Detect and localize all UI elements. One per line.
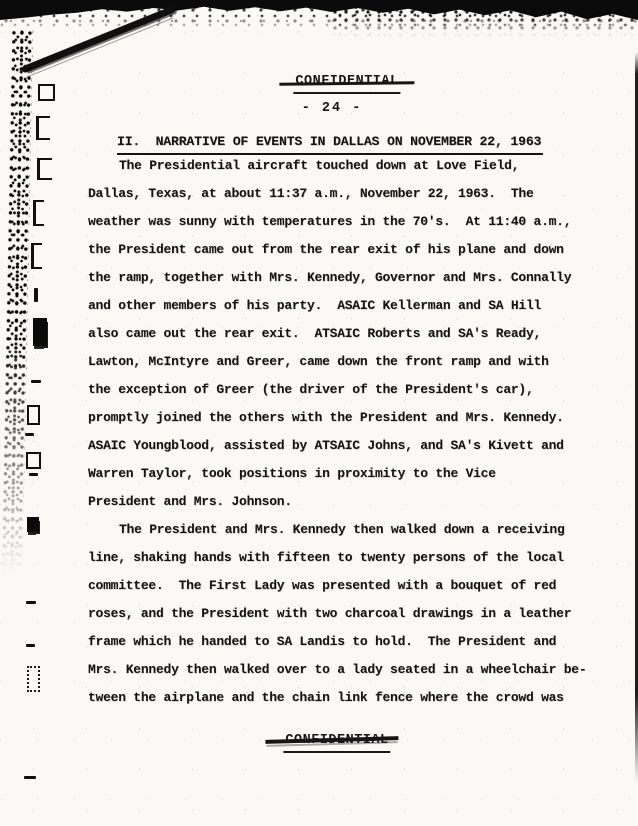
scan-artifact-mark xyxy=(33,318,47,346)
classification-stamp-top: CONFIDENTIAL xyxy=(293,74,400,94)
body-line: the exception of Greer (the driver of th… xyxy=(88,376,603,404)
page-number: - 24 - xyxy=(302,101,363,116)
scan-artifact-mark xyxy=(27,405,40,425)
scan-artifact-mark xyxy=(29,473,38,476)
scan-artifact-mark xyxy=(26,452,41,469)
body-line: ASAIC Youngblood, assisted by ATSAIC Joh… xyxy=(88,432,603,460)
body-line: the President came out from the rear exi… xyxy=(88,236,603,264)
scanned-document-page: CONFIDENTIAL - 24 - II. NARRATIVE OF EVE… xyxy=(0,0,638,826)
scan-artifact-mark xyxy=(27,517,39,532)
body-line: Mrs. Kennedy then walked over to a lady … xyxy=(88,656,603,684)
body-line: Warren Taylor, took positions in proximi… xyxy=(88,460,603,488)
scan-artifact-mark xyxy=(34,288,38,302)
body-line: also came out the rear exit. ATSAIC Robe… xyxy=(88,320,603,348)
scan-artifact-mark xyxy=(38,84,55,101)
scan-artifact-mark xyxy=(31,380,41,383)
scan-artifact-mark xyxy=(26,644,35,647)
body-line: President and Mrs. Johnson. xyxy=(88,488,603,516)
body-line: committee. The First Lady was presented … xyxy=(88,572,603,600)
body-line: The Presidential aircraft touched down a… xyxy=(88,152,603,180)
body-line: tween the airplane and the chain link fe… xyxy=(88,684,603,712)
body-line: the ramp, together with Mrs. Kennedy, Go… xyxy=(88,264,603,292)
body-line: frame which he handed to SA Landis to ho… xyxy=(88,628,603,656)
body-line: The President and Mrs. Kennedy then walk… xyxy=(88,516,603,544)
body-line: line, shaking hands with fifteen to twen… xyxy=(88,544,603,572)
classification-text-top: CONFIDENTIAL xyxy=(293,74,400,94)
scan-artifact-mark xyxy=(37,158,52,180)
scan-artifact-mark xyxy=(24,776,36,779)
scan-artifact-mark xyxy=(36,116,50,140)
scan-artifact-left-edge xyxy=(2,30,33,575)
body-text: The Presidential aircraft touched down a… xyxy=(88,152,603,712)
body-line: promptly joined the others with the Pres… xyxy=(88,404,603,432)
body-line: and other members of his party. ASAIC Ke… xyxy=(88,292,603,320)
classification-text-bottom: CONFIDENTIAL xyxy=(283,733,390,753)
body-line: roses, and the President with two charco… xyxy=(88,600,603,628)
body-line: Dallas, Texas, at about 11:37 a.m., Nove… xyxy=(88,180,603,208)
classification-stamp-bottom: CONFIDENTIAL xyxy=(283,733,390,753)
scan-artifact-mark xyxy=(25,433,34,436)
body-line: weather was sunny with temperatures in t… xyxy=(88,208,603,236)
scan-artifact-top-edge xyxy=(0,0,638,20)
body-line: Lawton, McIntyre and Greer, came down th… xyxy=(88,348,603,376)
scan-artifact-mark xyxy=(26,601,36,604)
scan-artifact-mark xyxy=(27,666,40,692)
scan-artifact-mark xyxy=(31,243,42,269)
scan-artifact-mark xyxy=(33,200,44,226)
